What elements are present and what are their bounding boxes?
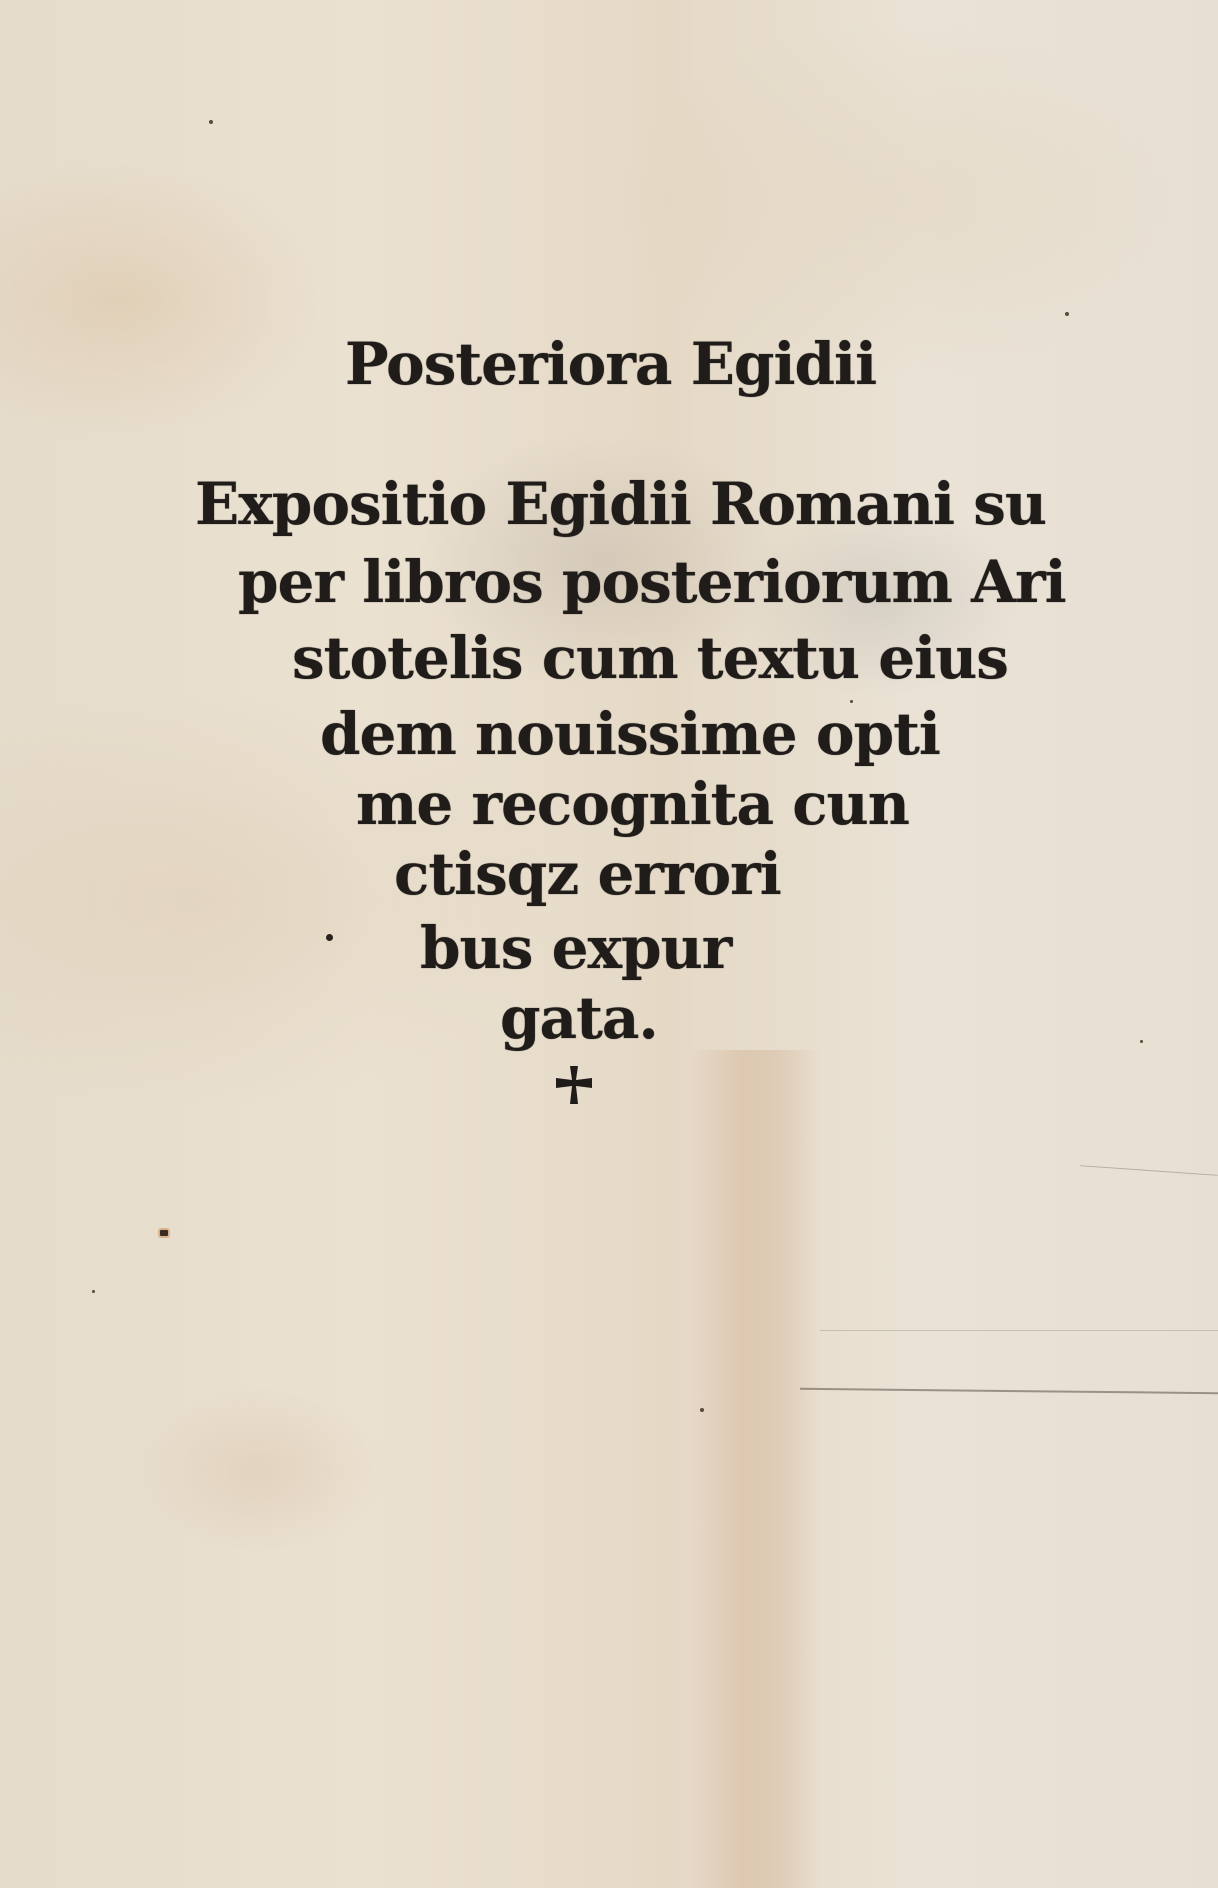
body-line-1: Expositio Egidii Romani su — [195, 470, 1046, 538]
paper-crease — [820, 1330, 1218, 1331]
title-line: Posteriora Egidii — [345, 330, 876, 398]
body-line-8: gata. — [500, 984, 658, 1052]
paper-speck — [1140, 1040, 1143, 1043]
body-line-6: ctisqz errori — [394, 840, 781, 908]
body-line-4: dem nouissime opti — [320, 700, 940, 768]
body-line-3: stotelis cum textu eius — [292, 624, 1008, 692]
paper-speck — [1065, 312, 1069, 316]
ink-dot — [326, 934, 333, 941]
body-line-5: me recognita cun — [356, 770, 909, 838]
paper-speck — [92, 1290, 95, 1293]
body-line-7: bus expur — [420, 914, 731, 982]
paper-crease — [800, 1388, 1218, 1394]
paper-speck — [209, 120, 213, 124]
scanned-page: Posteriora Egidii Expositio Egidii Roman… — [0, 0, 1218, 1888]
paper-crease — [1080, 1165, 1218, 1176]
body-line-2: per libros posteriorum Ari — [238, 548, 1066, 616]
paper-hole — [158, 1228, 170, 1238]
cross-pattee-icon — [556, 1066, 592, 1104]
water-stain — [690, 1050, 820, 1888]
paper-speck — [700, 1408, 704, 1412]
